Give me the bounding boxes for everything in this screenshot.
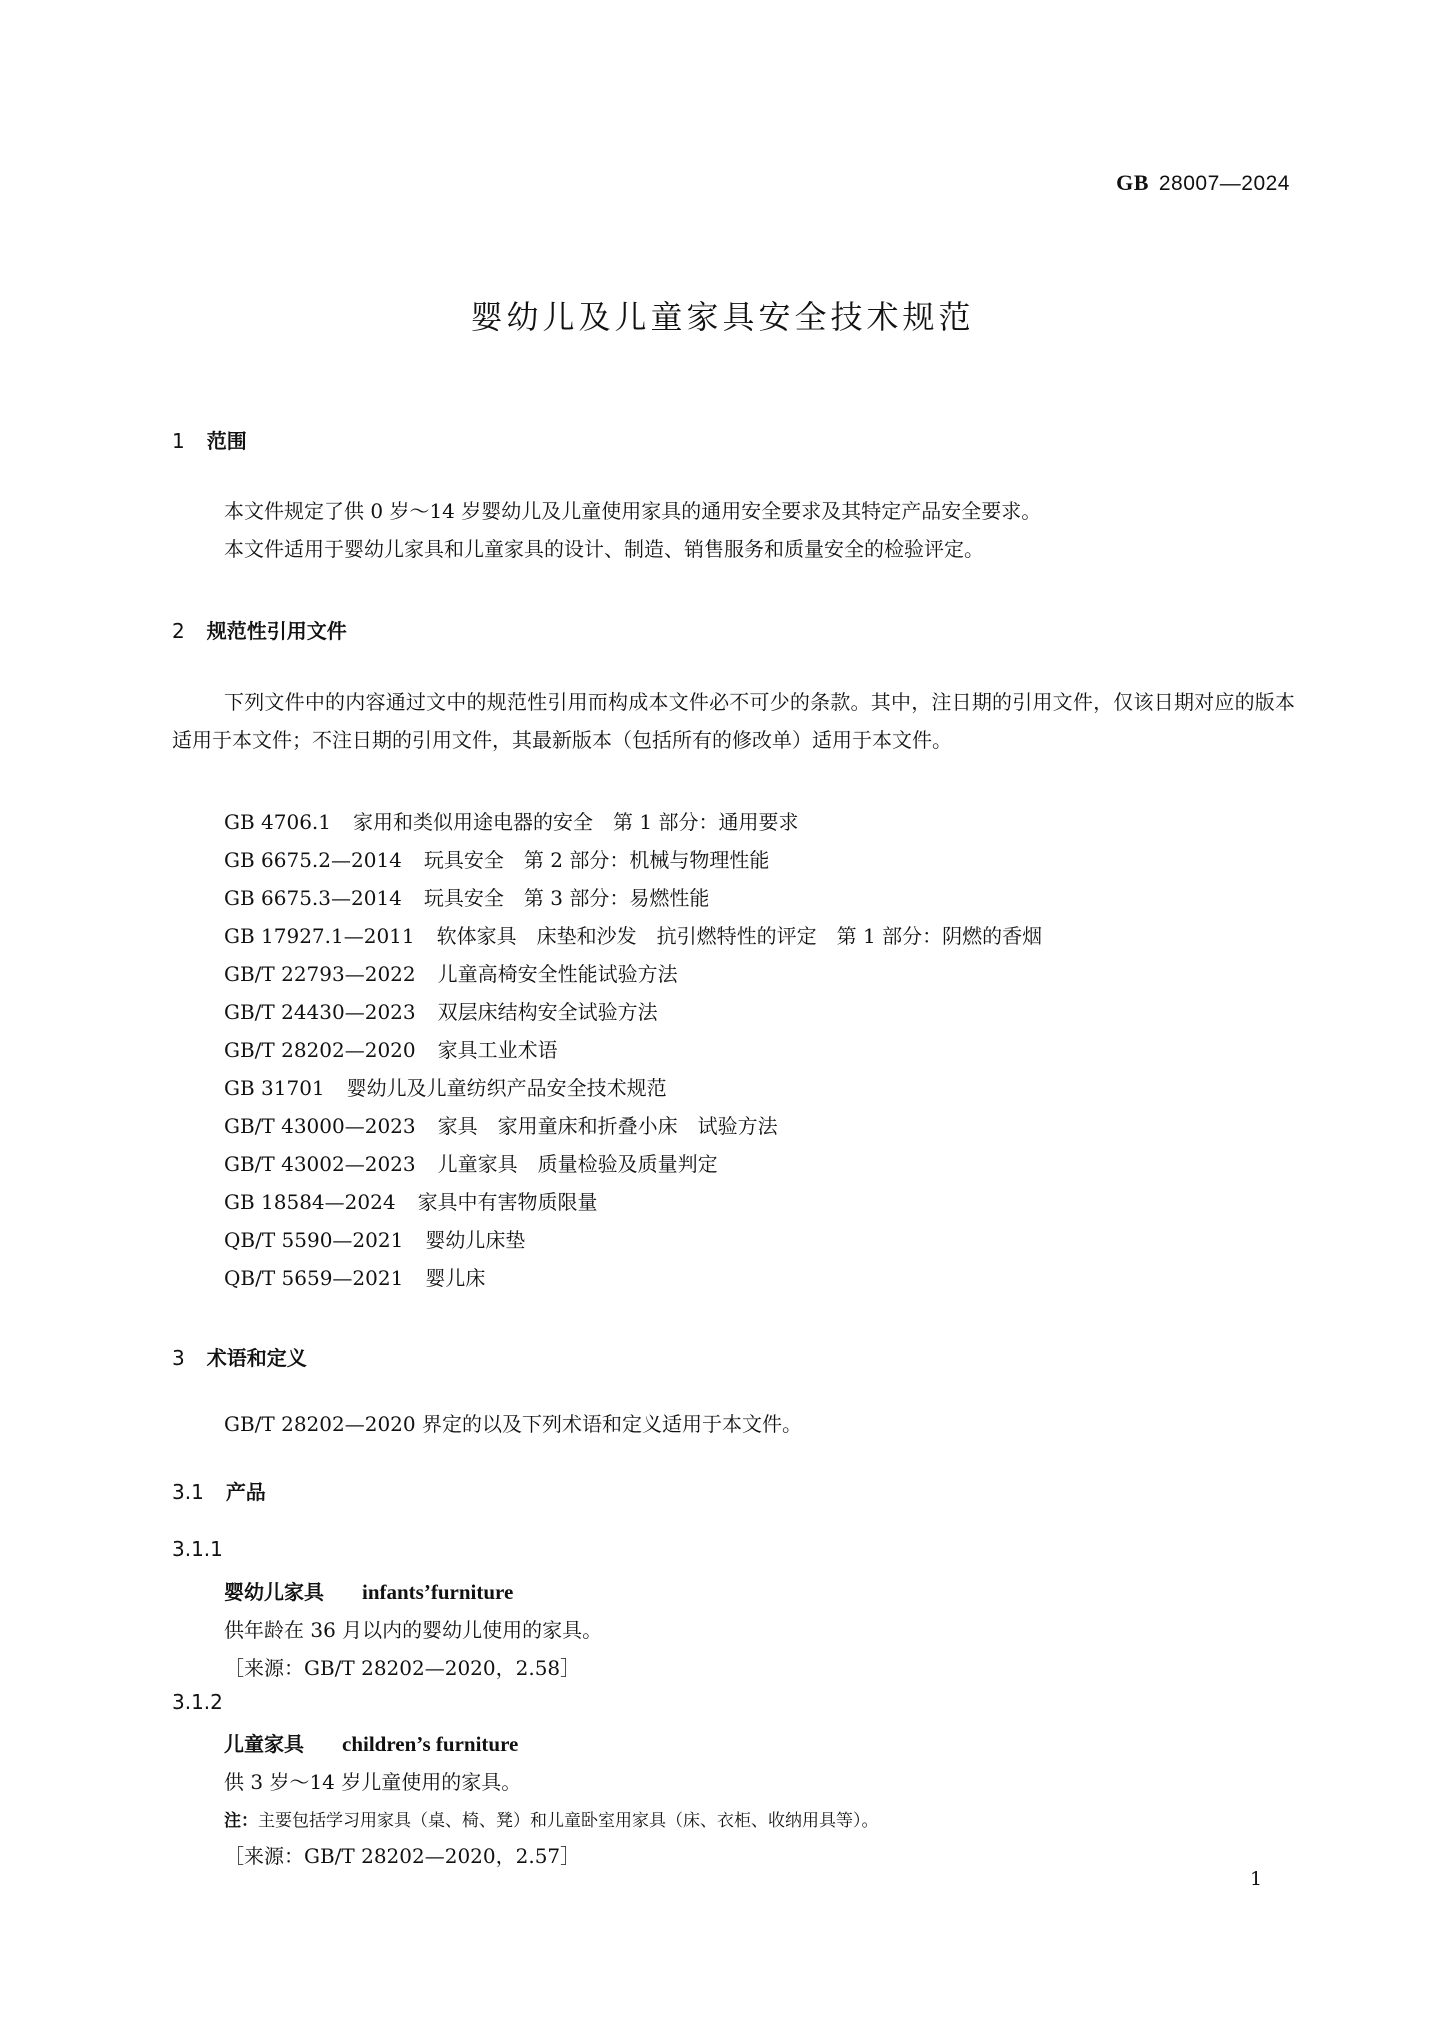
- term-en: infants’furniture: [362, 1580, 513, 1604]
- section-1-heading: 1范围: [172, 425, 247, 454]
- reference-code: GB 6675.2—2014: [224, 848, 402, 872]
- section-2-heading: 2规范性引用文件: [172, 615, 347, 644]
- reference-item: GB/T 28202—2020家具工业术语: [224, 1034, 558, 1063]
- reference-title: 家具 家用童床和折叠小床 试验方法: [438, 1114, 778, 1138]
- reference-title: 双层床结构安全试验方法: [438, 1000, 658, 1024]
- reference-title: 家用和类似用途电器的安全 第 1 部分：通用要求: [353, 810, 798, 834]
- note-label: 注：: [224, 1811, 258, 1831]
- reference-title: 婴儿床: [425, 1266, 485, 1290]
- reference-code: GB 31701: [224, 1076, 325, 1100]
- section-title: 术语和定义: [207, 1346, 307, 1370]
- reference-title: 婴幼儿及儿童纺织产品安全技术规范: [347, 1076, 667, 1100]
- paragraph: 下列文件中的内容通过文中的规范性引用而构成本文件必不可少的条款。其中，注日期的引…: [172, 683, 1295, 759]
- reference-item: GB 17927.1—2011软体家具 床垫和沙发 抗引燃特性的评定 第 1 部…: [224, 920, 1042, 949]
- subsection-number: 3.1: [172, 1480, 204, 1504]
- term-definition: 供 3 岁～14 岁儿童使用的家具。: [224, 1766, 521, 1795]
- reference-item: GB/T 43000—2023家具 家用童床和折叠小床 试验方法: [224, 1110, 778, 1139]
- standard-code: GB28007—2024: [1116, 170, 1290, 196]
- reference-title: 玩具安全 第 3 部分：易燃性能: [424, 886, 709, 910]
- reference-code: GB/T 24430—2023: [224, 1000, 416, 1024]
- reference-code: GB 17927.1—2011: [224, 924, 415, 948]
- term-zh: 婴幼儿家具: [224, 1580, 324, 1604]
- document-title: 婴幼儿及儿童家具安全技术规范: [0, 292, 1445, 338]
- reference-item: GB 18584—2024家具中有害物质限量: [224, 1186, 598, 1215]
- reference-title: 软体家具 床垫和沙发 抗引燃特性的评定 第 1 部分：阴燃的香烟: [437, 924, 1042, 948]
- reference-title: 婴幼儿床垫: [425, 1228, 525, 1252]
- reference-code: GB 4706.1: [224, 810, 331, 834]
- reference-item: GB 6675.3—2014玩具安全 第 3 部分：易燃性能: [224, 882, 709, 911]
- subsection-3-1-heading: 3.1产品: [172, 1476, 266, 1505]
- term-entry: 儿童家具children’s furniture: [224, 1728, 518, 1757]
- reference-code: QB/T 5659—2021: [224, 1266, 403, 1290]
- reference-item: GB 4706.1家用和类似用途电器的安全 第 1 部分：通用要求: [224, 806, 798, 835]
- standard-prefix: GB: [1116, 170, 1149, 195]
- standard-number: 28007—2024: [1159, 172, 1290, 195]
- reference-item: QB/T 5590—2021婴幼儿床垫: [224, 1224, 525, 1253]
- term-entry: 婴幼儿家具infants’furniture: [224, 1576, 513, 1605]
- page-number: 1: [1250, 1868, 1262, 1890]
- reference-item: GB/T 43002—2023儿童家具 质量检验及质量判定: [224, 1148, 718, 1177]
- section-number: 2: [172, 619, 185, 643]
- reference-title: 家具工业术语: [438, 1038, 558, 1062]
- reference-item: GB 31701婴幼儿及儿童纺织产品安全技术规范: [224, 1072, 667, 1101]
- document-page: GB28007—2024 婴幼儿及儿童家具安全技术规范 1范围 本文件规定了供 …: [0, 0, 1445, 2044]
- reference-code: GB/T 28202—2020: [224, 1038, 416, 1062]
- paragraph: GB/T 28202—2020 界定的以及下列术语和定义适用于本文件。: [172, 1405, 1295, 1443]
- term-source: ［来源：GB/T 28202—2020，2.57］: [224, 1840, 580, 1869]
- reference-item: GB/T 24430—2023双层床结构安全试验方法: [224, 996, 658, 1025]
- section-number: 3: [172, 1346, 185, 1370]
- paragraph: 本文件规定了供 0 岁～14 岁婴幼儿及儿童使用家具的通用安全要求及其特定产品安…: [172, 492, 1295, 530]
- reference-title: 儿童高椅安全性能试验方法: [438, 962, 678, 986]
- reference-title: 家具中有害物质限量: [418, 1190, 598, 1214]
- term-source: ［来源：GB/T 28202—2020，2.58］: [224, 1652, 580, 1681]
- reference-code: GB/T 43000—2023: [224, 1114, 416, 1138]
- term-definition: 供年龄在 36 月以内的婴幼儿使用的家具。: [224, 1614, 602, 1643]
- section-number: 1: [172, 429, 185, 453]
- term-en: children’s furniture: [342, 1732, 518, 1756]
- reference-title: 儿童家具 质量检验及质量判定: [438, 1152, 718, 1176]
- section-title: 规范性引用文件: [207, 619, 347, 643]
- term-number: 3.1.2: [172, 1690, 223, 1714]
- reference-item: QB/T 5659—2021婴儿床: [224, 1262, 485, 1291]
- reference-code: QB/T 5590—2021: [224, 1228, 403, 1252]
- reference-title: 玩具安全 第 2 部分：机械与物理性能: [424, 848, 769, 872]
- reference-item: GB/T 22793—2022儿童高椅安全性能试验方法: [224, 958, 678, 987]
- reference-code: GB/T 22793—2022: [224, 962, 416, 986]
- reference-code: GB 6675.3—2014: [224, 886, 402, 910]
- reference-code: GB 18584—2024: [224, 1190, 396, 1214]
- subsection-title: 产品: [226, 1480, 266, 1504]
- paragraph: 本文件适用于婴幼儿家具和儿童家具的设计、制造、销售服务和质量安全的检验评定。: [172, 530, 1295, 568]
- term-number: 3.1.1: [172, 1537, 223, 1561]
- reference-item: GB 6675.2—2014玩具安全 第 2 部分：机械与物理性能: [224, 844, 769, 873]
- section-title: 范围: [207, 429, 247, 453]
- term-note: 注：主要包括学习用家具（桌、椅、凳）和儿童卧室用家具（床、衣柜、收纳用具等）。: [224, 1806, 879, 1831]
- note-text: 主要包括学习用家具（桌、椅、凳）和儿童卧室用家具（床、衣柜、收纳用具等）。: [258, 1811, 879, 1831]
- reference-code: GB/T 43002—2023: [224, 1152, 416, 1176]
- term-zh: 儿童家具: [224, 1732, 304, 1756]
- section-3-heading: 3术语和定义: [172, 1342, 307, 1371]
